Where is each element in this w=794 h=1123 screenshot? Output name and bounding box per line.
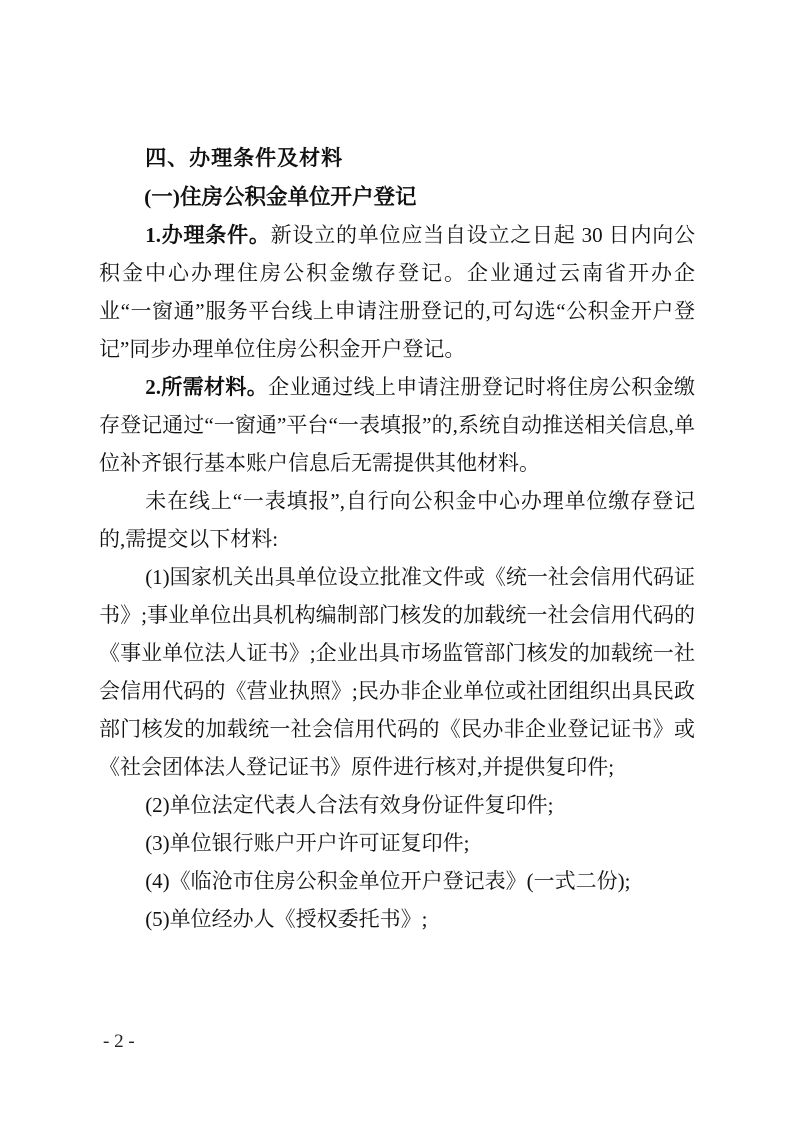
page-number: - 2 - [103, 1031, 135, 1053]
material-item-2: (2)单位法定代表人合法有效身份证件复印件; [99, 786, 695, 824]
material-item-5-text: (5)单位经办人《授权委托书》; [145, 907, 427, 931]
section-heading: 四、办理条件及材料 [99, 140, 695, 178]
paragraph-lead-2: 2.所需材料。 [145, 375, 268, 399]
material-item-4: (4)《临沧市住房公积金单位开户登记表》(一式二份); [99, 862, 695, 900]
document-content: 四、办理条件及材料 (一)住房公积金单位开户登记 1.办理条件。新设立的单位应当… [99, 140, 695, 938]
paragraph-lead-1: 1.办理条件。 [145, 223, 270, 247]
material-item-4-text: (4)《临沧市住房公积金单位开户登记表》(一式二份); [145, 869, 630, 893]
paragraph-offline-intro: 未在线上“一表填报”,自行向公积金中心办理单位缴存登记的,需提交以下材料: [99, 482, 695, 558]
material-item-2-text: (2)单位法定代表人合法有效身份证件复印件; [145, 793, 553, 817]
document-page: 四、办理条件及材料 (一)住房公积金单位开户登记 1.办理条件。新设立的单位应当… [0, 0, 794, 1123]
subsection-heading: (一)住房公积金单位开户登记 [99, 178, 695, 216]
material-item-3-text: (3)单位银行账户开户许可证复印件; [145, 831, 469, 855]
material-item-5: (5)单位经办人《授权委托书》; [99, 900, 695, 938]
material-item-3: (3)单位银行账户开户许可证复印件; [99, 824, 695, 862]
material-item-1: (1)国家机关出具单位设立批准文件或《统一社会信用代码证书》;事业单位出具机构编… [99, 558, 695, 786]
paragraph-handling-conditions: 1.办理条件。新设立的单位应当自设立之日起 30 日内向公积金中心办理住房公积金… [99, 216, 695, 368]
paragraph-text-3: 未在线上“一表填报”,自行向公积金中心办理单位缴存登记的,需提交以下材料: [99, 489, 695, 551]
material-item-1-text: (1)国家机关出具单位设立批准文件或《统一社会信用代码证书》;事业单位出具机构编… [99, 565, 695, 779]
paragraph-required-materials: 2.所需材料。企业通过线上申请注册登记时将住房公积金缴存登记通过“一窗通”平台“… [99, 368, 695, 482]
